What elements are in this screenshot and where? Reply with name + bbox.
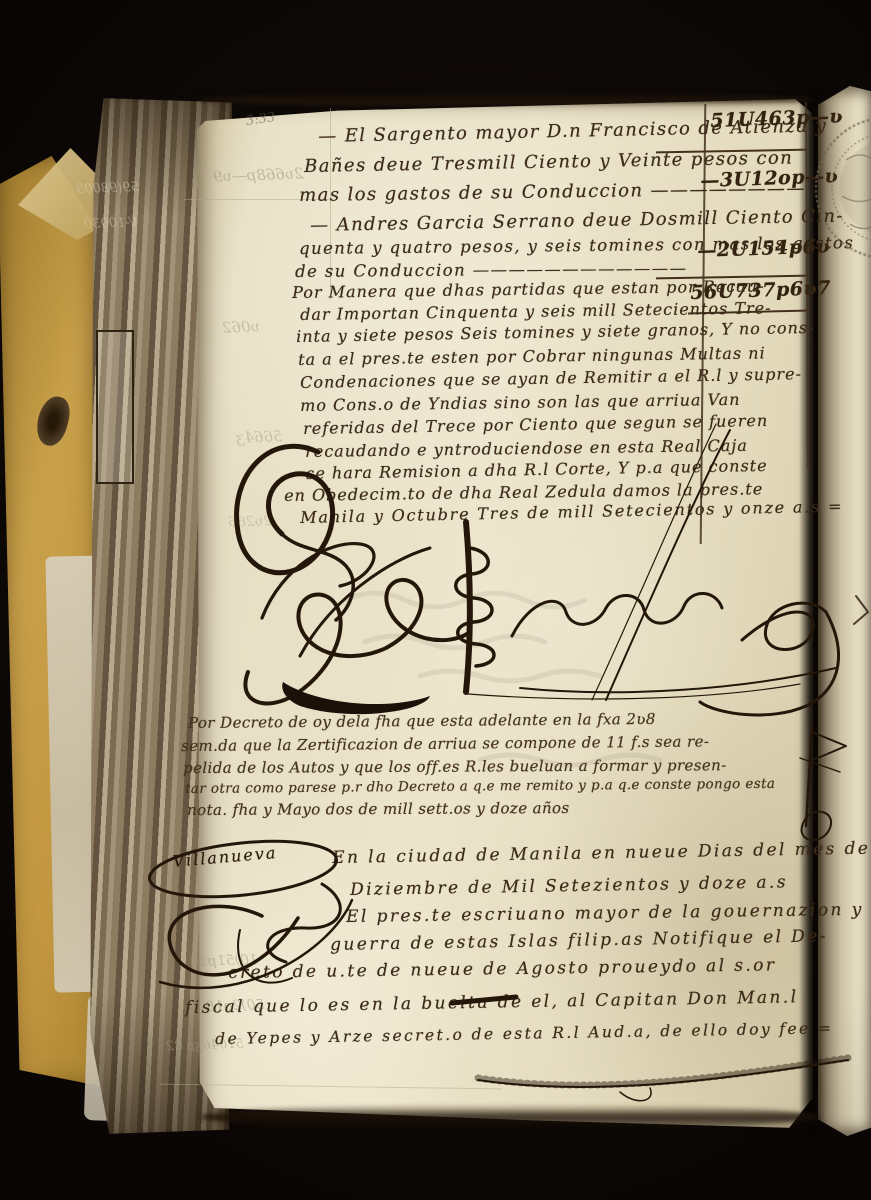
ghost-mark: 2ʋ266 [228,513,273,531]
amount-value: 51U463p—ʋ [710,105,843,132]
amount-value: —2U154p6ʋ [697,235,830,262]
ghost-mark: ʋ062 [222,317,260,336]
manuscript-photo: 3:33 2ʋ668p—ʋ9 ʋ062 5664ʒ 2ʋ266 10)51p10… [0,0,871,1200]
ghost-mark: V-10030 [84,215,138,232]
decree-line: nota. fha y Mayo dos de mill sett.os y d… [187,799,570,819]
ghost-mark: 59(98005 [76,180,139,197]
decree-line: pelida de los Autos y que los off.es R.l… [183,756,727,777]
page-top-worn-edge [198,92,814,107]
page-bottom-worn-edge [200,1104,820,1130]
ghost-mark: 2ʋ668p—ʋ9 [213,164,304,185]
stack-label-window [96,330,134,484]
ghost-mark: 5664ʒ [236,427,283,447]
